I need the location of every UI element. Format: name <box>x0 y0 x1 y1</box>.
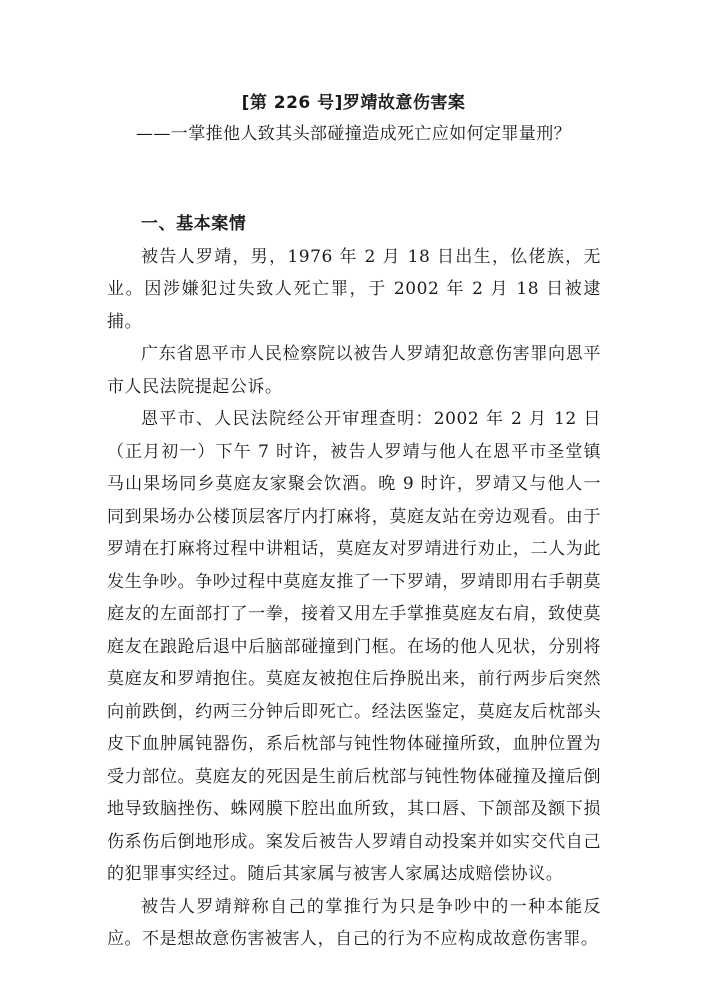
paragraph-facts: 恩平市、人民法院经公开审理查明：2002 年 2 月 12 日（正月初一）下午 … <box>107 403 601 891</box>
paragraph-defense: 被告人罗靖辩称自己的掌推行为只是争吵中的一种本能反应。不是想故意伤害被害人，自己… <box>107 891 601 956</box>
case-subtitle: ——一掌推他人致其头部碰撞造成死亡应如何定罪量刑？ <box>0 119 707 144</box>
paragraph-prosecution: 广东省恩平市人民检察院以被告人罗靖犯故意伤害罪向恩平市人民法院提起公诉。 <box>107 338 601 403</box>
case-title: [第 226 号]罗靖故意伤害案 <box>0 88 707 113</box>
document-page: [第 226 号]罗靖故意伤害案 ——一掌推他人致其头部碰撞造成死亡应如何定罪量… <box>0 0 707 999</box>
document-body: 一、基本案情 被告人罗靖，男，1976 年 2 月 18 日出生，仫佬族，无业。… <box>107 208 601 956</box>
section-heading: 一、基本案情 <box>107 208 601 241</box>
paragraph-defendant-info: 被告人罗靖，男，1976 年 2 月 18 日出生，仫佬族，无业。因涉嫌犯过失致… <box>107 241 601 339</box>
